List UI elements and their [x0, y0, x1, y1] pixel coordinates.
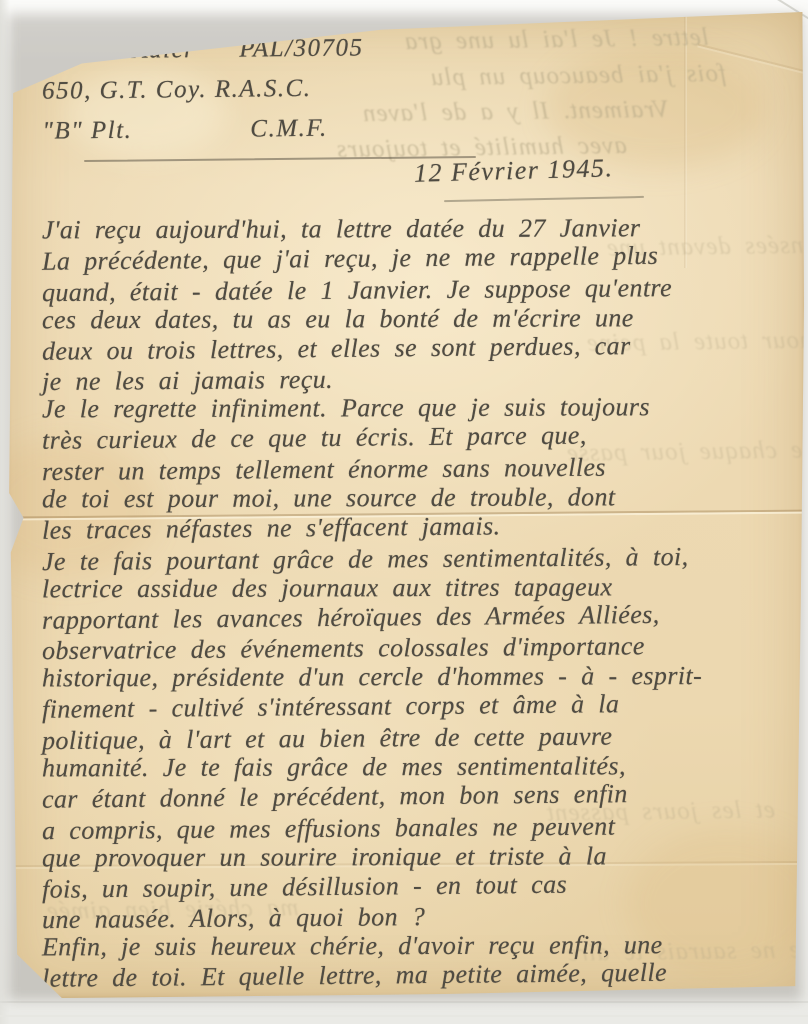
- letter-line: car étant donné le précédent, mon bon se…: [42, 777, 804, 814]
- letter-date: 12 Février 1945.: [414, 153, 614, 189]
- theatre: C.M.F.: [250, 115, 328, 143]
- unit-name: 650, G.T. Coy. R.A.S.C.: [42, 75, 312, 105]
- letter-line: très curieux de ce que tu écris. Et parc…: [42, 418, 804, 455]
- platoon: "B" Plt.: [42, 117, 132, 145]
- bleedthrough-text: lettre ! Je l'ai lu une gra: [404, 24, 709, 56]
- date-underline: [444, 196, 644, 202]
- bleedthrough-text: Vraiment. Il y a de l'aven: [362, 96, 669, 128]
- letter-page: lettre ! Je l'ai lu une gra fois j'ai be…: [6, 8, 804, 998]
- address-line-2: 650, G.T. Coy. R.A.S.C.: [42, 68, 364, 111]
- gap: [132, 137, 250, 138]
- letter-line: les traces néfastes ne s'effacent jamais…: [42, 508, 804, 545]
- letter-line: La précédente, que j'ai reçu, je ne me r…: [42, 239, 804, 276]
- bleedthrough-text: fois j'ai beaucoup un plu: [430, 60, 726, 92]
- letter-line: lettre de toi. Et quelle lettre, ma peti…: [42, 957, 804, 994]
- letter-body: J'ai reçu aujourd'hui, ta lettre datée d…: [42, 214, 804, 991]
- address-line-3: "B" Plt.C.M.F.: [42, 108, 364, 151]
- sleeve-pocket-seam: [0, 1001, 808, 1003]
- letter-line: finement - cultivé s'intéressant corps e…: [42, 688, 804, 725]
- sleeve-pocket-seam-2: [0, 1015, 808, 1017]
